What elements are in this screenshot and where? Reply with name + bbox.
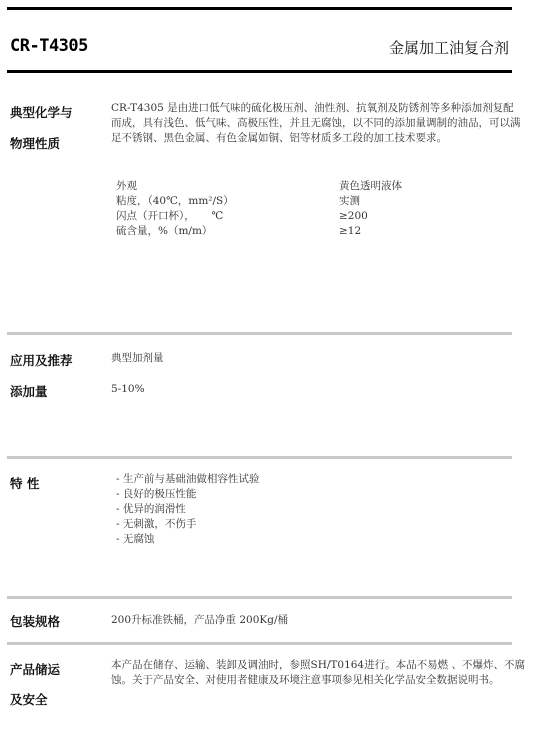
property-row: 硫含量，%（m/m）≥12 [116, 224, 402, 239]
property-row: 闪点（开口杯）， ℃≥200 [116, 209, 402, 224]
section-divider [7, 332, 512, 335]
section-label-storage-2: 及安全 [10, 690, 48, 708]
property-value: 实测 [339, 194, 360, 209]
property-value: ≥12 [339, 224, 361, 239]
property-name: 硫含量，%（m/m） [116, 224, 339, 239]
feature-item: - 无腐蚀 [116, 532, 259, 547]
section-label-chem-phys-1: 典型化学与 [10, 103, 73, 121]
property-name: 外观 [116, 179, 339, 194]
feature-item: - 生产前与基础油做相容性试验 [116, 472, 259, 487]
storage-text: 本产品在储存、运输、装卸及调油时，参照SH/T0164进行。本品不易燃 、不爆炸… [111, 658, 525, 688]
section-label-chem-phys-2: 物理性质 [10, 134, 60, 152]
property-row: 粘度，（40℃，mm²/S）实测 [116, 194, 402, 209]
property-name: 闪点（开口杯）， ℃ [116, 209, 339, 224]
property-name: 粘度，（40℃，mm²/S） [116, 194, 339, 209]
feature-item: - 优异的润滑性 [116, 502, 259, 517]
section-label-storage-1: 产品储运 [10, 660, 60, 678]
section-label-application-1: 应用及推荐 [10, 351, 73, 369]
section-divider [7, 642, 512, 645]
feature-item: - 良好的极压性能 [116, 487, 259, 502]
section-label-application-2: 添加量 [10, 382, 48, 400]
features-list: - 生产前与基础油做相容性试验 - 良好的极压性能 - 优异的润滑性 - 无刺激… [116, 472, 259, 547]
product-code: CR-T4305 [10, 36, 88, 56]
header-top-rule [7, 7, 512, 10]
section-label-packaging: 包装规格 [10, 612, 60, 630]
feature-item: - 无刺激，不伤手 [116, 517, 259, 532]
packaging-text: 200升标准铁桶，产品净重 200Kg/桶 [111, 613, 288, 628]
header-bottom-rule [7, 70, 512, 73]
product-description: CR-T4305 是由进口低气味的硫化极压剂、油性剂、抗氧剂及防锈剂等多种添加剂… [111, 101, 523, 146]
property-value: 黄色透明液体 [339, 179, 402, 194]
dosage-value: 5-10% [111, 382, 145, 397]
section-divider [7, 456, 512, 459]
typical-dosage-label: 典型加剂量 [111, 351, 164, 366]
section-label-features: 特 性 [10, 474, 39, 492]
product-category: 金属加工油复合剂 [389, 37, 509, 58]
properties-table: 外观黄色透明液体 粘度，（40℃，mm²/S）实测 闪点（开口杯）， ℃≥200… [116, 179, 402, 239]
property-row: 外观黄色透明液体 [116, 179, 402, 194]
section-divider [7, 596, 512, 599]
property-value: ≥200 [339, 209, 368, 224]
